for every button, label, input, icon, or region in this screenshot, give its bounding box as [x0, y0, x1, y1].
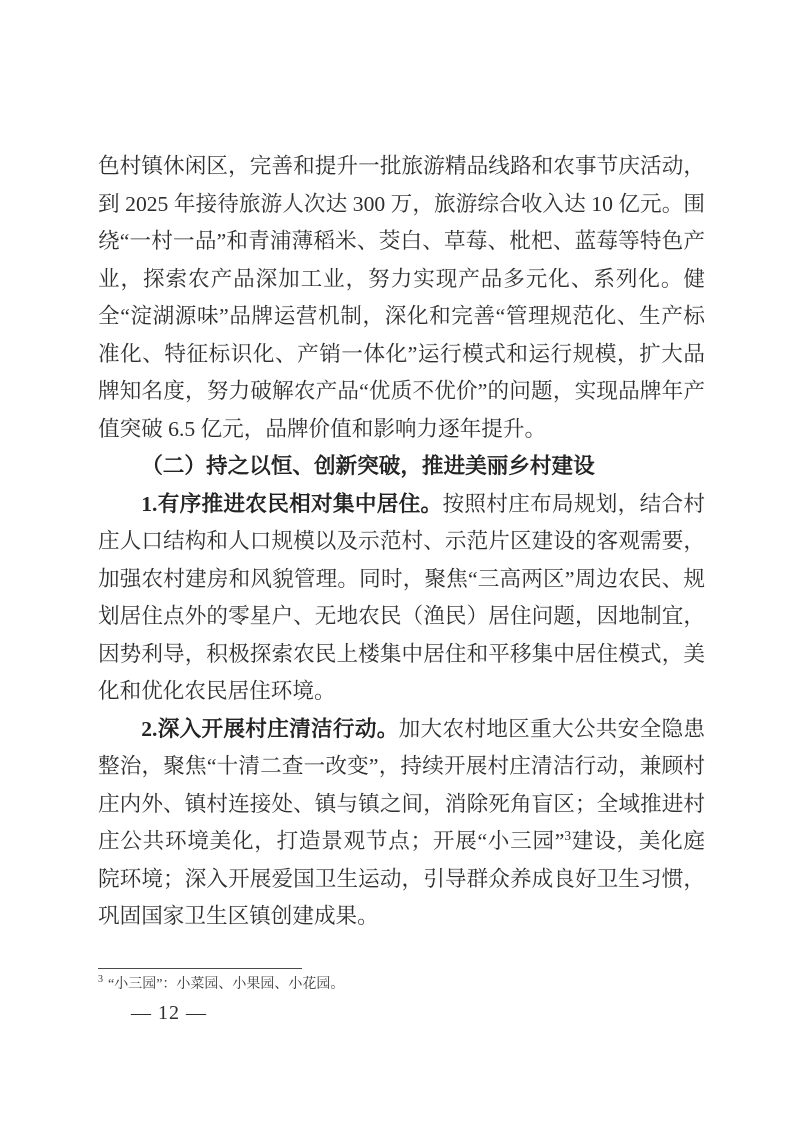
- body-paragraph: 1.有序推进农民相对集中居住。按照村庄布局规划，结合村庄人口结构和人口规模以及示…: [98, 486, 705, 711]
- text-run: 色村镇休闲区，完善和提升一批旅游精品线路和农事节庆活动，到 2025 年接待旅游…: [98, 154, 705, 441]
- footnote-separator: [98, 968, 302, 969]
- body-paragraph: 2.深入开展村庄清洁行动。加大农村地区重大公共安全隐患整治，聚焦“十清二查一改变…: [98, 711, 705, 936]
- document-page: 色村镇休闲区，完善和提升一批旅游精品线路和农事节庆活动，到 2025 年接待旅游…: [0, 0, 800, 1131]
- bold-text-run: 1.有序推进农民相对集中居住。: [141, 492, 442, 516]
- footnote-text: 3“小三园”：小菜园、小果园、小花园。: [98, 975, 705, 994]
- page-number: — 12 —: [131, 1001, 207, 1025]
- bold-text-run: 2.深入开展村庄清洁行动。: [141, 717, 398, 741]
- section-heading: （二）持之以恒、创新突破，推进美丽乡村建设: [98, 448, 705, 486]
- bold-text-run: （二）持之以恒、创新突破，推进美丽乡村建设: [141, 454, 594, 478]
- body-paragraph: 色村镇休闲区，完善和提升一批旅游精品线路和农事节庆活动，到 2025 年接待旅游…: [98, 148, 705, 448]
- document-body: 色村镇休闲区，完善和提升一批旅游精品线路和农事节庆活动，到 2025 年接待旅游…: [98, 148, 705, 936]
- footnote-area: 3“小三园”：小菜园、小果园、小花园。: [98, 968, 705, 994]
- text-run: 按照村庄布局规划，结合村庄人口结构和人口规模以及示范村、示范片区建设的客观需要，…: [98, 492, 705, 704]
- footnote-body: “小三园”：小菜园、小果园、小花园。: [108, 977, 344, 992]
- footnote-marker: 3: [98, 974, 103, 985]
